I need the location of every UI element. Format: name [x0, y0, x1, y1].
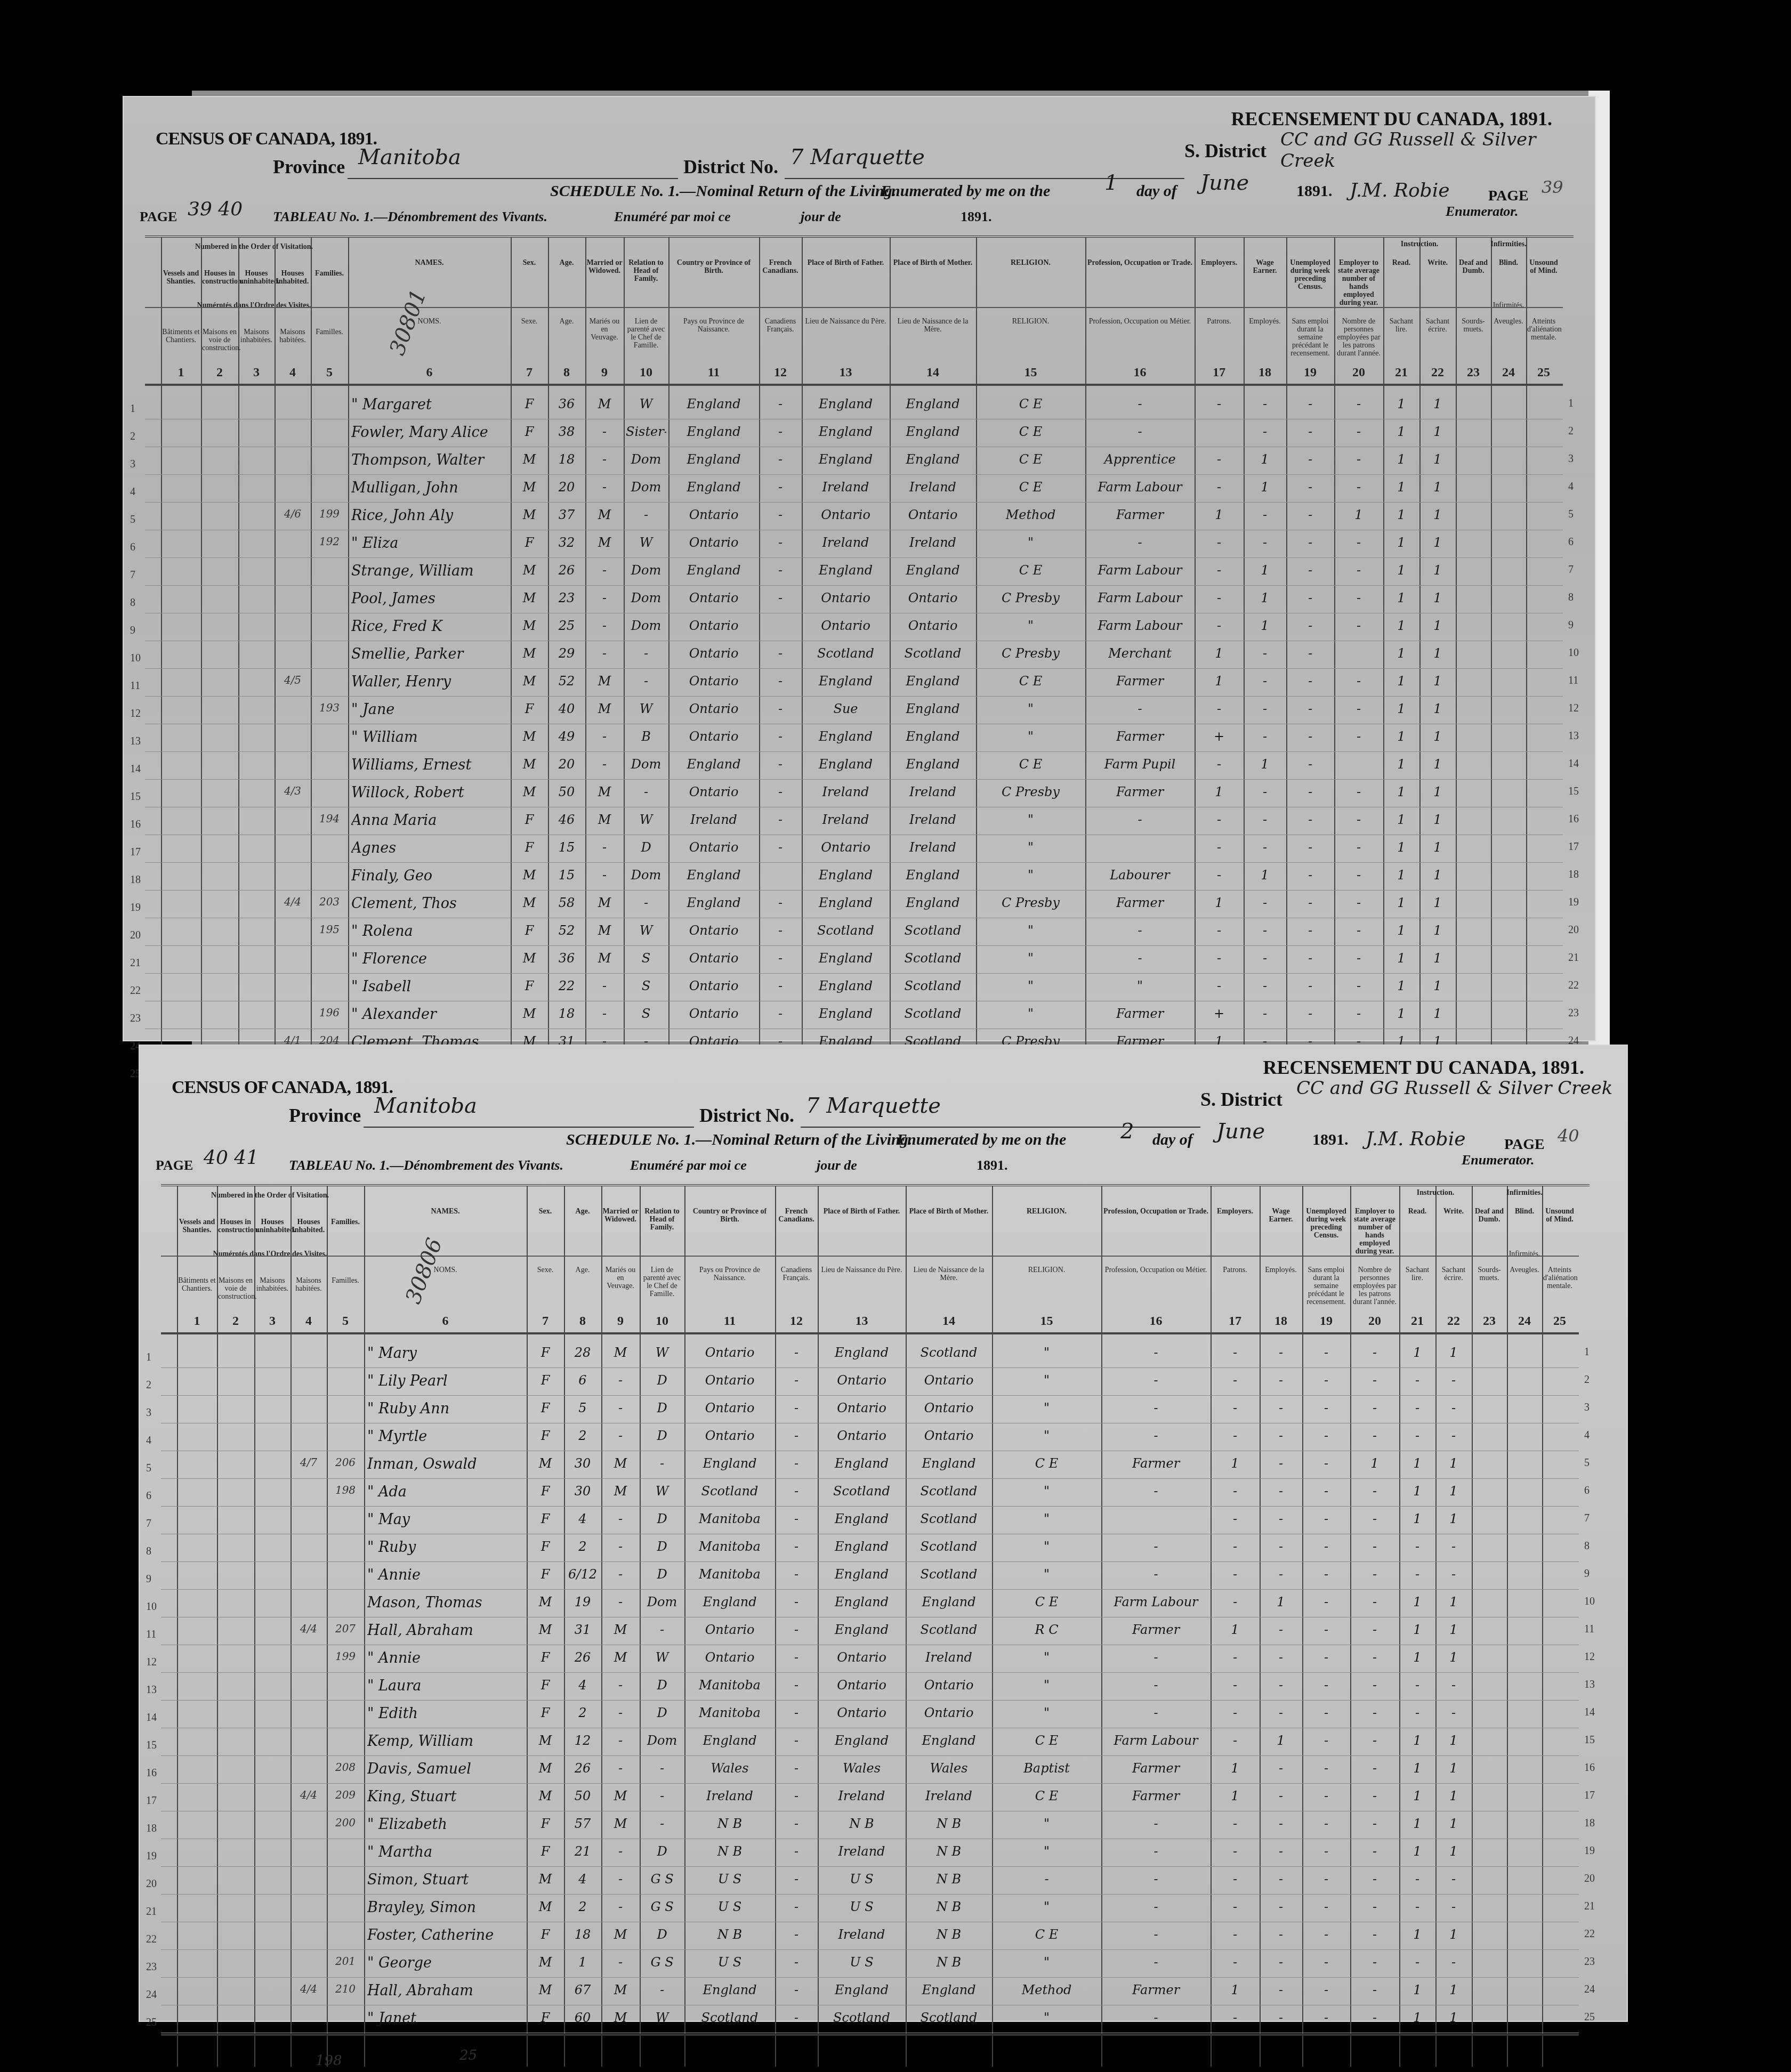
cell-birth: Ontario — [671, 618, 757, 633]
row-number: 10 — [146, 1601, 157, 1613]
cell-sex: F — [529, 1401, 562, 1415]
cell-c22: 1 — [1422, 701, 1454, 716]
cell-fr: - — [777, 1484, 816, 1499]
column-header-8: Age. — [565, 1208, 600, 1216]
cell-c17: 1 — [1197, 674, 1241, 689]
cell-mother: England — [908, 1595, 990, 1609]
row-number-right: 21 — [1584, 1900, 1595, 1913]
row-number: 9 — [146, 1573, 151, 1585]
cell-c20: - — [1336, 535, 1381, 550]
cell-mother: England — [892, 895, 974, 910]
cell-mar: M — [603, 1927, 638, 1942]
row-rule — [145, 585, 1563, 586]
row-number: 23 — [130, 1013, 141, 1025]
cell-mar: - — [587, 480, 622, 495]
cell-religion: " — [978, 1006, 1083, 1021]
cell-occ: Farmer — [1103, 1622, 1208, 1637]
cell-fr: - — [777, 1595, 816, 1609]
cell-c17: - — [1197, 535, 1241, 550]
cell-sex: M — [529, 1595, 562, 1609]
census-title: CENSUS OF CANADA, 1891. — [156, 129, 377, 149]
cell-occ: - — [1087, 424, 1192, 439]
cell-age: 25 — [550, 618, 583, 633]
cell-father: Ireland — [820, 1844, 903, 1859]
cell-rel: D — [642, 1511, 682, 1526]
cell-c18: 1 — [1246, 480, 1284, 495]
cell-rel: B — [626, 729, 666, 744]
district-label: District No. — [683, 156, 778, 178]
schedule-fr: TABLEAU No. 1.—Dénombrement des Vivants. — [273, 209, 547, 225]
cell-mother: Scotland — [892, 978, 974, 993]
cell-c21: 1 — [1401, 1650, 1433, 1665]
row-number: 12 — [146, 1656, 157, 1669]
cell-religion: C E — [994, 1733, 1099, 1748]
cell-c18: - — [1246, 729, 1284, 744]
cell-occ: - — [1103, 1844, 1208, 1859]
cell-father: U S — [820, 1899, 903, 1914]
cell-rel: W — [626, 923, 666, 938]
row-number-right: 4 — [1584, 1429, 1590, 1442]
table-row: 1414Williams, ErnestM20-DomEngland-Engla… — [145, 752, 1574, 780]
cell-c19: - — [1304, 1844, 1348, 1859]
row-number: 2 — [146, 1379, 151, 1391]
cell-c17: - — [1213, 1816, 1257, 1831]
cell-mar: M — [603, 1345, 638, 1360]
row-rule — [161, 1728, 1579, 1728]
row-number-right: 1 — [1584, 1346, 1590, 1358]
cell-c17: - — [1197, 757, 1241, 772]
row-rule — [161, 1672, 1579, 1673]
sub-district-value: CC and GG Russell & Silver Creek — [1296, 1078, 1612, 1099]
column-number: 16 — [1085, 366, 1195, 380]
cell-c22: - — [1438, 1872, 1470, 1887]
cell-name: Smellie, Parker — [351, 646, 510, 662]
row-rule — [145, 724, 1563, 724]
cell-c18: - — [1246, 396, 1284, 411]
row-rule — [161, 1617, 1579, 1617]
cell-c5: 196 — [313, 1006, 346, 1019]
column-header-fr-2: Maisons en voie de construction. — [218, 1277, 253, 1301]
cell-c20: - — [1336, 868, 1381, 883]
cell-rel: G S — [642, 1899, 682, 1914]
cell-religion: " — [978, 978, 1083, 993]
cell-mother: Scotland — [908, 1539, 990, 1554]
province-label: Province — [289, 1104, 361, 1127]
cell-c21: 1 — [1401, 2010, 1433, 2025]
day-value: 1 — [1104, 171, 1118, 195]
cell-father: Ireland — [804, 480, 888, 495]
cell-rel: Sister-in-law — [626, 424, 666, 439]
cell-age: 4 — [566, 1678, 599, 1693]
cell-c20: - — [1336, 895, 1381, 910]
row-number: 15 — [146, 1739, 157, 1752]
cell-c19: - — [1304, 1373, 1348, 1388]
cell-sex: M — [529, 1456, 562, 1471]
cell-mar: - — [603, 1733, 638, 1748]
cell-mother: England — [892, 729, 974, 744]
cell-mother: England — [908, 1456, 990, 1471]
cell-mar: - — [603, 1539, 638, 1554]
column-header-fr-6: NOMS. — [349, 318, 510, 326]
table-row: 77" MayF4-DManitoba-EnglandScotland"----… — [161, 1507, 1590, 1535]
enumerated-en: Enumerated by me on the — [897, 1131, 1066, 1149]
cell-sex: M — [529, 1788, 562, 1803]
cell-c20: - — [1336, 396, 1381, 411]
table-bottom-rule — [161, 2034, 1579, 2036]
cell-c17: - — [1197, 590, 1241, 605]
cell-c20: - — [1336, 480, 1381, 495]
cell-c4: 4/3 — [277, 784, 309, 797]
cell-father: Scotland — [804, 646, 888, 661]
cell-c20: - — [1352, 1401, 1397, 1415]
cell-religion: " — [994, 2010, 1099, 2025]
footer-total-persons: 25 — [459, 2047, 477, 2063]
cell-sex: M — [513, 618, 546, 633]
column-header-fr-14: Lieu de Naissance de la Mère. — [907, 1266, 991, 1282]
table-row: 1919" MarthaF21-DN B-IrelandN B"-----11 — [161, 1840, 1590, 1867]
row-rule — [161, 1451, 1579, 1451]
cell-father: England — [820, 1511, 903, 1526]
cell-name: Hall, Abraham — [367, 1982, 526, 1999]
column-header-fr-1: Bâtiments et Chantiers. — [162, 328, 200, 344]
enumerator-signature: J.M. Robie — [1350, 180, 1449, 201]
cell-c17: - — [1213, 1650, 1257, 1665]
cell-sex: M — [529, 1872, 562, 1887]
cell-religion: " — [978, 729, 1083, 744]
cell-sex: M — [513, 951, 546, 966]
cell-c21: 1 — [1401, 1511, 1433, 1526]
cell-occ: - — [1103, 1705, 1208, 1720]
page-label-left: PAGE — [156, 1158, 193, 1173]
cell-religion: " — [994, 1511, 1099, 1526]
cell-birth: Ontario — [671, 729, 757, 744]
row-rule — [161, 1589, 1579, 1590]
cell-c20: - — [1352, 1567, 1397, 1582]
cell-birth: N B — [687, 1844, 773, 1859]
cell-fr: - — [761, 535, 800, 550]
cell-sex: F — [529, 1539, 562, 1554]
cell-fr: - — [777, 1456, 816, 1471]
row-number: 5 — [130, 514, 135, 526]
page-label-left: PAGE — [140, 209, 177, 225]
schedule-fr: TABLEAU No. 1.—Dénombrement des Vivants. — [289, 1158, 563, 1173]
cell-c20: - — [1352, 1816, 1397, 1831]
cell-father: England — [820, 1539, 903, 1554]
column-number: 11 — [668, 366, 759, 380]
footer-total-families: 198 — [316, 2053, 342, 2069]
cell-c17: - — [1213, 1428, 1257, 1443]
cell-c19: - — [1288, 729, 1332, 744]
cell-age: 2 — [566, 1899, 599, 1914]
instruction-header: Instruction. — [1384, 240, 1455, 248]
row-number-right: 5 — [1568, 508, 1574, 521]
cell-father: Ontario — [820, 1428, 903, 1443]
column-number: 6 — [364, 1314, 527, 1329]
cell-mother: Ontario — [892, 590, 974, 605]
cell-c19: - — [1304, 1899, 1348, 1914]
cell-name: " Eliza — [351, 535, 510, 552]
census-page-top: CENSUS OF CANADA, 1891.RECENSEMENT DU CA… — [123, 96, 1596, 1041]
cell-c5: 192 — [313, 535, 346, 548]
cell-mother: N B — [908, 1955, 990, 1970]
cell-c21: - — [1401, 1705, 1433, 1720]
table-row: 15154/3Willock, RobertM50M-Ontario-Irela… — [145, 780, 1574, 808]
cell-fr: - — [761, 729, 800, 744]
column-number: 2 — [217, 1314, 254, 1329]
visitation-group-header: Numbered in the Order of Visitation. — [178, 1192, 362, 1200]
cell-c21: 1 — [1401, 1788, 1433, 1803]
row-number: 4 — [130, 486, 135, 498]
cell-c22: 1 — [1422, 452, 1454, 467]
cell-c20: - — [1352, 1484, 1397, 1499]
row-rule — [161, 1783, 1579, 1784]
column-number: 22 — [1419, 366, 1456, 380]
visitation-group-header: Numbered in the Order of Visitation. — [162, 243, 346, 251]
column-header-fr-5: Familles. — [312, 328, 347, 336]
cell-birth: U S — [687, 1899, 773, 1914]
column-header-fr-8: Age. — [549, 318, 584, 326]
cell-c17: 1 — [1213, 1982, 1257, 1997]
cell-c20: - — [1336, 951, 1381, 966]
cell-mother: N B — [908, 1816, 990, 1831]
cell-name: " Ruby Ann — [367, 1401, 526, 1417]
cell-religion: C E — [994, 1595, 1099, 1609]
column-header-fr-24: Aveugles. — [1508, 1266, 1541, 1274]
cell-c17: 1 — [1197, 507, 1241, 522]
cell-name: " Isabell — [351, 978, 510, 995]
cell-c19: - — [1288, 978, 1332, 993]
cell-occ: - — [1103, 1484, 1208, 1499]
row-number-right: 14 — [1584, 1706, 1595, 1719]
cell-religion: " — [994, 1705, 1099, 1720]
column-header-19: Unemployed during week preceding Census. — [1303, 1208, 1349, 1240]
cell-occ: - — [1087, 535, 1192, 550]
column-header-11: Country or Province of Birth. — [685, 1208, 774, 1224]
cell-c18: 1 — [1262, 1595, 1300, 1609]
cell-name: " Alexander — [351, 1006, 510, 1023]
cell-occ: Merchant — [1087, 646, 1192, 661]
cell-religion: " — [994, 1955, 1099, 1970]
cell-c20: - — [1352, 1899, 1397, 1914]
cell-c17: - — [1197, 618, 1241, 633]
cell-birth: U S — [687, 1872, 773, 1887]
cell-fr: - — [777, 1567, 816, 1582]
column-number: 9 — [601, 1314, 640, 1329]
column-header-fr-12: Canadiens Français. — [760, 318, 801, 334]
cell-fr: - — [777, 1761, 816, 1776]
cell-fr: - — [761, 1006, 800, 1021]
cell-religion: C E — [978, 480, 1083, 495]
cell-c5: 200 — [329, 1816, 362, 1829]
cell-father: England — [820, 1733, 903, 1748]
column-header-fr-10: Lien de parenté avec le Chef de Famille. — [641, 1266, 683, 1298]
cell-c21: 1 — [1385, 868, 1417, 883]
cell-father: England — [804, 895, 888, 910]
cell-name: " Janet — [367, 2010, 526, 2027]
cell-sex: F — [529, 1844, 562, 1859]
row-number-right: 20 — [1568, 924, 1579, 936]
cell-c4: 4/4 — [293, 1788, 325, 1801]
cell-age: 49 — [550, 729, 583, 744]
table-row: 1010Mason, ThomasM19-DomEngland-EnglandE… — [161, 1590, 1590, 1618]
cell-mother: Ireland — [892, 535, 974, 550]
row-number: 12 — [130, 708, 141, 720]
cell-mar: M — [587, 535, 622, 550]
cell-c18: - — [1246, 951, 1284, 966]
cell-rel: D — [626, 840, 666, 855]
column-header-7: Sex. — [528, 1208, 563, 1216]
cell-c18: - — [1246, 895, 1284, 910]
cell-c21: - — [1401, 1899, 1433, 1914]
row-number-right: 10 — [1584, 1596, 1595, 1608]
cell-age: 23 — [550, 590, 583, 605]
cell-rel: - — [626, 507, 666, 522]
cell-c20: - — [1336, 452, 1381, 467]
infirmities-header: Infirmities. — [1473, 1189, 1576, 1197]
column-header-fr-16: Profession, Occupation ou Métier. — [1086, 318, 1193, 326]
cell-c19: - — [1288, 563, 1332, 578]
cell-c22: 1 — [1438, 1345, 1470, 1360]
cell-name: " Mary — [367, 1345, 526, 1362]
cell-c18: - — [1246, 507, 1284, 522]
cell-birth: England — [671, 868, 757, 883]
column-number: 17 — [1195, 366, 1244, 380]
cell-father: England — [804, 868, 888, 883]
cell-mar: - — [603, 1678, 638, 1693]
cell-c17: + — [1197, 1006, 1241, 1021]
cell-c20: 1 — [1352, 1456, 1397, 1471]
column-header-fr-7: Sexe. — [528, 1266, 563, 1274]
row-number-right: 9 — [1584, 1568, 1590, 1580]
cell-name: " Rolena — [351, 923, 510, 940]
cell-rel: D — [642, 1678, 682, 1693]
cell-mother: Scotland — [892, 1006, 974, 1021]
recensement-title: RECENSEMENT DU CANADA, 1891. — [1231, 108, 1552, 130]
row-number: 7 — [146, 1518, 151, 1530]
cell-mar: M — [603, 1788, 638, 1803]
cell-c19: - — [1288, 535, 1332, 550]
column-number: 9 — [585, 366, 624, 380]
cell-sex: M — [513, 784, 546, 799]
cell-c21: 1 — [1385, 729, 1417, 744]
cell-c19: - — [1304, 1733, 1348, 1748]
cell-religion: - — [994, 1872, 1099, 1887]
cell-religion: " — [978, 951, 1083, 966]
cell-birth: Ontario — [671, 840, 757, 855]
cell-c17: - — [1213, 1705, 1257, 1720]
cell-c19: - — [1288, 895, 1332, 910]
cell-birth: Ontario — [671, 590, 757, 605]
cell-religion: C E — [994, 1456, 1099, 1471]
cell-c17: 1 — [1197, 646, 1241, 661]
cell-c21: 1 — [1385, 507, 1417, 522]
cell-birth: Ontario — [671, 1006, 757, 1021]
cell-c20: - — [1352, 1650, 1397, 1665]
cell-father: Ontario — [804, 590, 888, 605]
cell-mother: N B — [908, 1872, 990, 1887]
table-row: 44Mulligan, JohnM20-DomEngland-IrelandIr… — [145, 475, 1574, 503]
column-header-19: Unemployed during week preceding Census. — [1287, 259, 1333, 291]
cell-rel: - — [626, 646, 666, 661]
cell-fr: - — [761, 895, 800, 910]
cell-age: 29 — [550, 646, 583, 661]
cell-occ: - — [1103, 1678, 1208, 1693]
jour-de-label: jour de — [817, 1158, 857, 1173]
cell-c21: 1 — [1385, 978, 1417, 993]
cell-c19: - — [1288, 674, 1332, 689]
cell-c20: - — [1352, 1844, 1397, 1859]
row-number-right: 3 — [1568, 453, 1574, 465]
cell-father: Ireland — [804, 784, 888, 799]
cell-c19: - — [1304, 1511, 1348, 1526]
cell-c22: 1 — [1422, 563, 1454, 578]
cell-mother: Scotland — [892, 951, 974, 966]
row-number-right: 20 — [1584, 1873, 1595, 1885]
row-rule — [145, 613, 1563, 613]
cell-mother: N B — [908, 1927, 990, 1942]
cell-c22: 1 — [1438, 2010, 1470, 2025]
cell-age: 32 — [550, 535, 583, 550]
column-header-fr-16: Profession, Occupation ou Métier. — [1102, 1266, 1209, 1274]
row-rule — [161, 1534, 1579, 1534]
row-number: 6 — [146, 1490, 151, 1502]
table-row: 11114/4207Hall, AbrahamM31M-Ontario-Engl… — [161, 1618, 1590, 1646]
cell-c5: 193 — [313, 701, 346, 714]
cell-c17: - — [1213, 1401, 1257, 1415]
cell-c21: - — [1401, 1567, 1433, 1582]
cell-c18: - — [1262, 1484, 1300, 1499]
row-rule — [145, 530, 1563, 530]
cell-c19: - — [1304, 1567, 1348, 1582]
cell-c19: - — [1288, 452, 1332, 467]
cell-mother: England — [892, 563, 974, 578]
cell-c20: - — [1336, 424, 1381, 439]
cell-c18: - — [1262, 1705, 1300, 1720]
cell-fr: - — [777, 1816, 816, 1831]
cell-father: Wales — [820, 1761, 903, 1776]
cell-c19: - — [1288, 923, 1332, 938]
cell-c4: 4/6 — [277, 507, 309, 520]
cell-occ: - — [1103, 1899, 1208, 1914]
row-number-right: 14 — [1568, 758, 1579, 770]
cell-c22: - — [1438, 1539, 1470, 1554]
cell-birth: England — [671, 452, 757, 467]
row-number: 8 — [146, 1545, 151, 1558]
cell-c18: 1 — [1246, 757, 1284, 772]
cell-mar: M — [587, 812, 622, 827]
cell-mar: M — [603, 1456, 638, 1471]
column-header-6: NAMES. — [349, 259, 510, 267]
cell-sex: M — [529, 1733, 562, 1748]
cell-c22: 1 — [1438, 1622, 1470, 1637]
cell-c17: + — [1197, 729, 1241, 744]
cell-mar: - — [603, 1567, 638, 1582]
row-number: 20 — [130, 929, 141, 942]
cell-c17: - — [1197, 923, 1241, 938]
cell-occ: Farmer — [1103, 1982, 1208, 1997]
cell-mother: Scotland — [908, 2010, 990, 2025]
cell-religion: C Presby — [978, 646, 1083, 661]
cell-c19: - — [1304, 1484, 1348, 1499]
cell-rel: - — [626, 784, 666, 799]
cell-rel: G S — [642, 1955, 682, 1970]
table-row: 2020195" RolenaF52MWOntario-ScotlandScot… — [145, 919, 1574, 946]
enumerator-signature: J.M. Robie — [1366, 1128, 1465, 1150]
cell-c18: - — [1246, 784, 1284, 799]
cell-birth: England — [671, 563, 757, 578]
cell-occ: Farm Labour — [1103, 1595, 1208, 1609]
cell-c22: - — [1438, 1428, 1470, 1443]
